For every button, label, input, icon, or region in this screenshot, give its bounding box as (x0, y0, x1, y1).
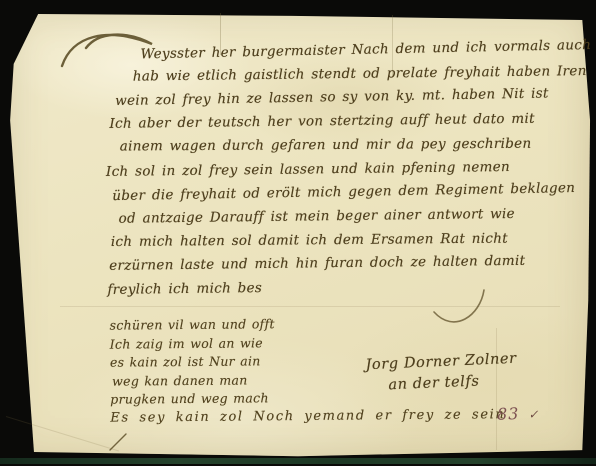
fold-crease-horizontal (60, 306, 560, 307)
letter-body-line: ich mich halten sol damit ich dem Ersame… (111, 227, 585, 255)
top-edge-notch (287, 0, 302, 15)
folio-number: 83 (497, 404, 520, 424)
folio-annotation: 83✓ (497, 403, 540, 423)
photograph-of-manuscript: Weysster her burgermaister Nach dem und … (0, 0, 596, 466)
letter-body-line: ainem wagen durch gefaren und mir da pey… (120, 132, 584, 159)
letter-body-text: Weysster her burgermaister Nach dem und … (102, 36, 585, 303)
signature-block: Jorg Dorner Zolneran der telfs (365, 349, 518, 398)
folio-check-mark: ✓ (528, 407, 540, 421)
table-edge (0, 458, 596, 464)
postscript-note-line: Es sey kain zol Noch yemand er frey ze s… (110, 406, 490, 428)
